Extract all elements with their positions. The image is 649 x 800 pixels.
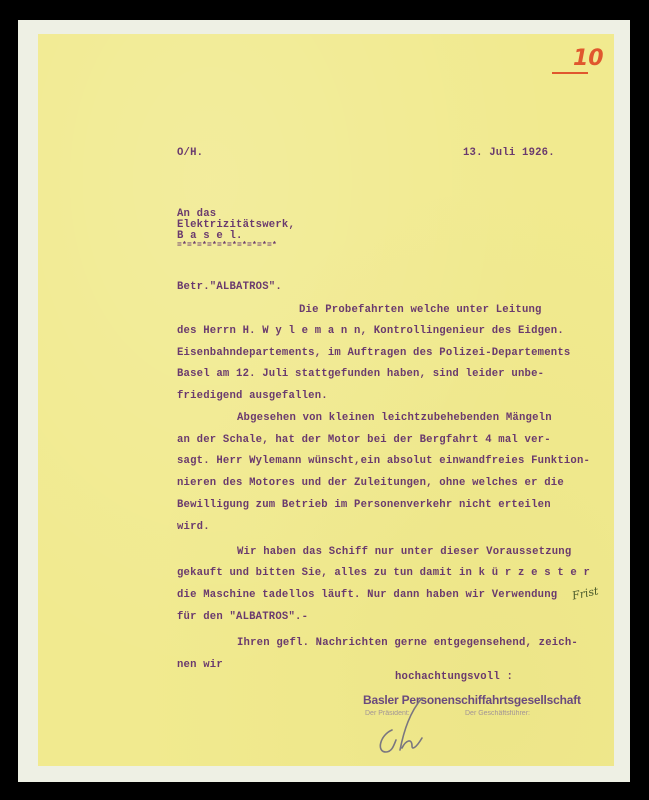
body-line: Eisenbahndepartements, im Auftragen des … bbox=[177, 348, 570, 359]
recipient-line-2: Elektrizitätswerk, bbox=[177, 220, 295, 231]
body-line: die Maschine tadellos läuft. Nur dann ha… bbox=[177, 590, 557, 601]
subject-line: Betr."ALBATROS". bbox=[177, 282, 282, 293]
body-line: Abgesehen von kleinen leichtzubehebenden… bbox=[237, 413, 552, 424]
reference-code: O/H. bbox=[177, 148, 203, 159]
body-line: an der Schale, hat der Motor bei der Ber… bbox=[177, 435, 551, 446]
body-line: Basel am 12. Juli stattgefunden haben, s… bbox=[177, 369, 544, 380]
letter-date: 13. Juli 1926. bbox=[463, 148, 555, 159]
body-line: friedigend ausgefallen. bbox=[177, 391, 328, 402]
recipient-line-3: B a s e l. bbox=[177, 231, 243, 242]
body-line: nieren des Motores und der Zuleitungen, … bbox=[177, 478, 564, 489]
body-line: wird. bbox=[177, 522, 210, 533]
closing-phrase: hochachtungsvoll : bbox=[395, 672, 513, 683]
recipient-line-1: An das bbox=[177, 209, 216, 220]
body-line: Wir haben das Schiff nur unter dieser Vo… bbox=[237, 547, 571, 558]
body-line: des Herrn H. W y l e m a n n, Kontrollin… bbox=[177, 326, 564, 337]
body-line: gekauft und bitten Sie, alles zu tun dam… bbox=[177, 568, 590, 579]
recipient-underline: =*=*=*=*=*=*=*=*=*=* bbox=[177, 242, 277, 250]
body-line: für den "ALBATROS".- bbox=[177, 612, 308, 623]
stamp-role-manager: Der Geschäftsführer: bbox=[465, 710, 530, 717]
body-line: nen wir bbox=[177, 660, 223, 671]
signature-icon bbox=[370, 690, 450, 760]
folio-underline bbox=[552, 72, 588, 74]
body-line: sagt. Herr Wylemann wünscht,ein absolut … bbox=[177, 456, 590, 467]
body-line: Ihren gefl. Nachrichten gerne entgegense… bbox=[237, 638, 578, 649]
body-line: Die Probefahrten welche unter Leitung bbox=[299, 305, 542, 316]
body-line: Bewilligung zum Betrieb im Personenverke… bbox=[177, 500, 551, 511]
folio-number: 10 bbox=[573, 46, 604, 71]
